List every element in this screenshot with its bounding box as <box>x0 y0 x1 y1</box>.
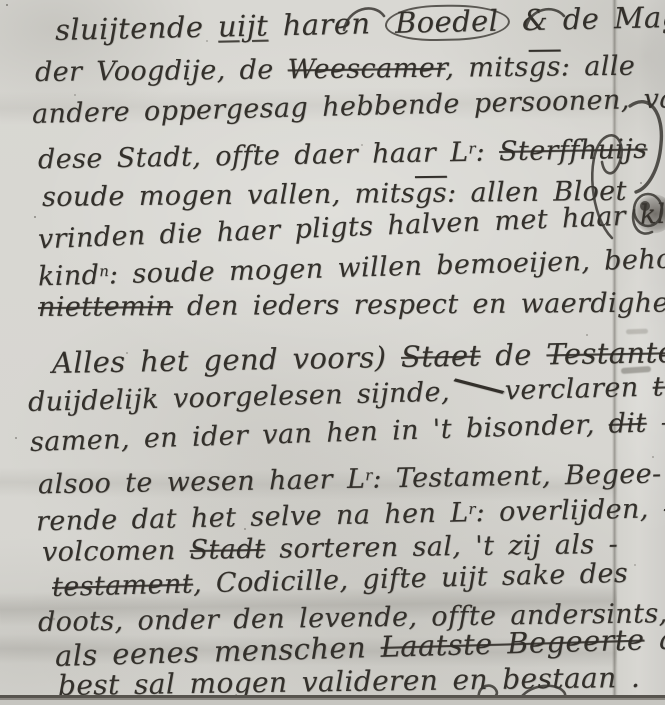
word-segment: : <box>475 136 499 167</box>
word-segment: —— <box>646 405 665 438</box>
scan-bottom-edge <box>0 695 665 705</box>
word-segment: dit <box>608 408 647 440</box>
word-segment: duijdelijk voorgelesen sijnde, <box>28 376 465 418</box>
word-segment: Testante <box>546 335 665 371</box>
paper-speckles <box>6 4 8 6</box>
word-segment: kind <box>38 260 100 293</box>
word-segment: Alles het gend voors) <box>52 340 402 380</box>
manuscript-scan-page: sluijtende uijt haren Boedel & de Magder… <box>0 0 665 705</box>
word-segment: volcomen <box>42 535 190 568</box>
word-segment: de <box>480 337 546 372</box>
word-segment: , Codicille, gifte uijt sake des <box>193 558 629 600</box>
word-segment: te <box>652 371 665 403</box>
handwritten-text-layer: sluijtende uijt haren Boedel & de Magder… <box>0 0 665 705</box>
word-segment: Boedel <box>385 3 511 42</box>
word-segment: : overlijden, - <box>475 493 665 528</box>
word-segment: niettemin <box>38 291 173 323</box>
word-segment: verclaren <box>490 372 653 407</box>
word-segment: & de Mag <box>507 0 665 38</box>
word-segment: alder <box>644 620 665 657</box>
word-segment: : alle <box>561 51 636 83</box>
word-segment: der Voogdije, de <box>35 54 288 88</box>
word-segment: sluijtende <box>55 10 219 47</box>
word-segment: uijt <box>218 9 269 44</box>
word-segment: dese Stadt, offte daer haar L <box>38 137 469 176</box>
word-segment: n <box>99 262 109 280</box>
word-segment: Laatste Begeerte <box>380 623 645 664</box>
manuscript-line-8: niettemin den ieders respect en waerdigh… <box>38 285 665 326</box>
manuscript-line-4: dese Stadt, offte daer haar Lr: Sterffhu… <box>38 127 648 178</box>
word-segment: testament <box>52 569 194 603</box>
word-segment: gs <box>529 51 561 82</box>
word-segment: , mits <box>445 52 529 84</box>
word-segment: Sterffhuijs <box>499 134 648 168</box>
manuscript-line-1: sluijtende uijt haren Boedel & de Mag <box>55 0 665 48</box>
word-segment: Stadt <box>189 534 265 566</box>
word-segment: haren <box>268 6 386 42</box>
word-segment: Weescamer <box>287 53 445 86</box>
word-segment: den ieders respect en waerdigheijt. <box>173 287 665 322</box>
